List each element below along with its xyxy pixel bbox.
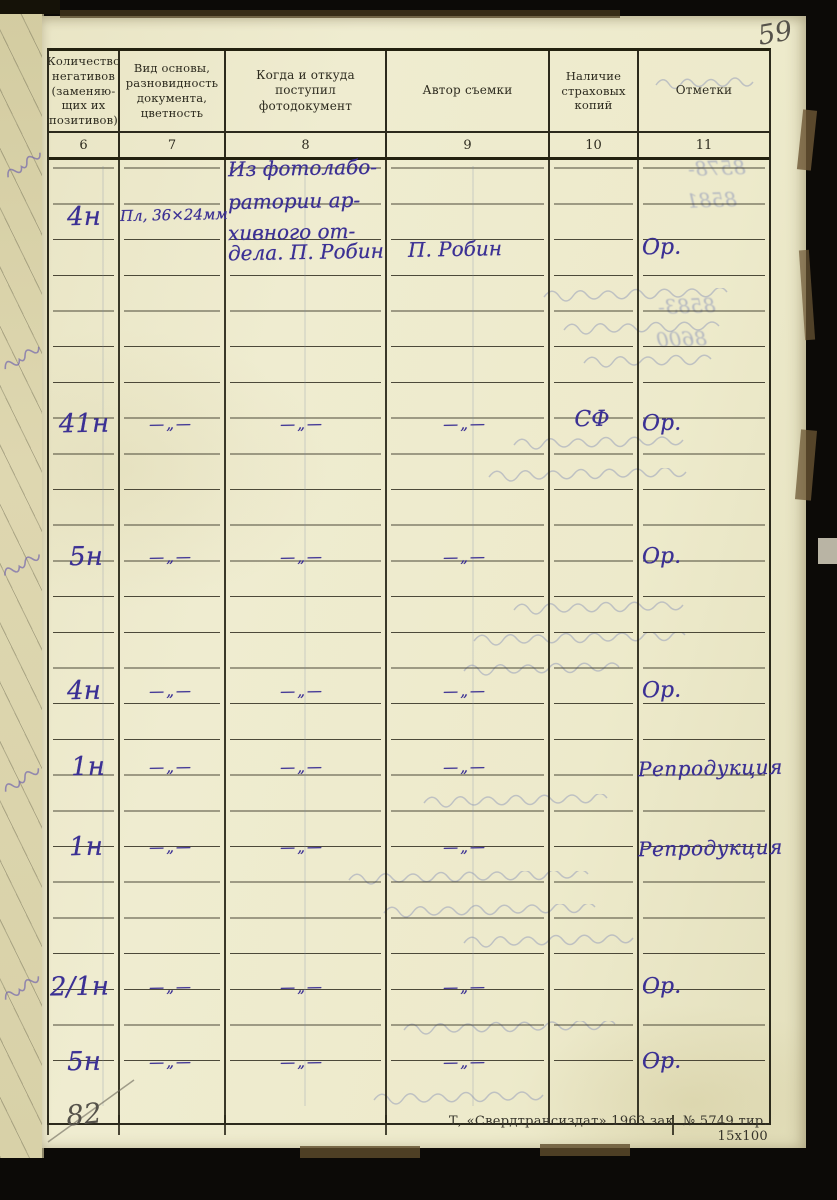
entry-source-line: ратории ар- bbox=[228, 188, 361, 214]
entry-negatives-count: 2/1н bbox=[50, 972, 107, 1003]
header-base-type: Вид основы, разновидность документа, цве… bbox=[120, 51, 226, 131]
table-line-stub bbox=[385, 1115, 387, 1135]
ditto-mark: —„— bbox=[242, 977, 362, 997]
ditto-mark: —„— bbox=[242, 837, 362, 857]
entry-negatives-count: 5н bbox=[56, 1047, 113, 1078]
ditto-mark: —„— bbox=[410, 547, 520, 567]
ditto-mark: —„— bbox=[128, 1052, 214, 1071]
bleed-through-rule bbox=[102, 166, 104, 1106]
entry-negatives-count: 1н bbox=[60, 752, 117, 783]
entry-notes: Ор. bbox=[642, 974, 682, 1000]
entry-negatives-count: 4н bbox=[56, 676, 113, 707]
page-number: 59 bbox=[756, 15, 795, 51]
book-edge-highlight bbox=[818, 538, 837, 564]
entry-negatives-count: 5н bbox=[58, 542, 115, 573]
bleed-through-rule bbox=[472, 166, 474, 1106]
header-negatives-count: Количество негативов (заменяю- щих их по… bbox=[49, 51, 120, 131]
entry-author: П. Робин bbox=[408, 236, 502, 262]
ditto-mark: —„— bbox=[410, 1052, 520, 1072]
ditto-mark: —„— bbox=[242, 414, 362, 434]
entry-notes: Ор. bbox=[642, 411, 682, 437]
ditto-mark: —„— bbox=[128, 547, 214, 566]
ditto-mark: —„— bbox=[410, 414, 520, 434]
column-number: 8 bbox=[226, 133, 387, 157]
torn-paper-edge bbox=[540, 1144, 630, 1156]
column-number: 10 bbox=[550, 133, 639, 157]
column-number: 7 bbox=[120, 133, 226, 157]
torn-paper-edge bbox=[300, 1146, 420, 1158]
entry-source-line: дела. П. Робин bbox=[228, 239, 384, 266]
header-source: Когда и откуда поступил фотодокумент bbox=[226, 51, 387, 131]
printers-imprint: Т, «Свердтрансиздат» 1963 зак. № 5749 ти… bbox=[422, 1114, 768, 1144]
header-author: Автор съемки bbox=[387, 51, 550, 131]
ditto-mark: —„— bbox=[242, 547, 362, 567]
ditto-mark: —„— bbox=[128, 757, 214, 776]
table-line-stub bbox=[224, 1115, 226, 1135]
table-header-row: Количество негативов (заменяю- щих их по… bbox=[49, 51, 769, 133]
ditto-mark: —„— bbox=[128, 977, 214, 996]
sheet-number: 82 bbox=[64, 1096, 103, 1133]
entry-base-type: Пл, 36×24мм bbox=[120, 205, 228, 225]
column-number: 6 bbox=[49, 133, 120, 157]
entry-source-line: Из фотолабо- bbox=[228, 155, 377, 182]
header-insurance-copies: Наличие страховых копий bbox=[550, 51, 639, 131]
entry-negatives-count: 1н bbox=[58, 832, 115, 863]
table-column-numbers-row: 6 7 8 9 10 11 bbox=[49, 133, 769, 160]
column-number: 11 bbox=[639, 133, 769, 157]
ditto-mark: —„— bbox=[410, 837, 520, 857]
entry-notes: Ор. bbox=[642, 544, 682, 570]
torn-paper-edge bbox=[60, 10, 620, 18]
entry-notes: Репродукция bbox=[638, 755, 783, 782]
book-spine-shadow bbox=[0, 0, 60, 14]
ditto-mark: —„— bbox=[242, 681, 362, 701]
entry-notes: Репродукция bbox=[638, 835, 783, 862]
entry-insurance-copies: СФ bbox=[552, 406, 632, 432]
ditto-mark: —„— bbox=[128, 681, 214, 700]
entry-notes: Ор. bbox=[642, 678, 682, 704]
entry-notes: Ор. bbox=[642, 1049, 682, 1075]
ditto-mark: —„— bbox=[128, 837, 214, 856]
ditto-mark: —„— bbox=[128, 414, 214, 433]
ditto-mark: —„— bbox=[242, 757, 362, 777]
ditto-mark: —„— bbox=[410, 757, 520, 777]
column-number: 9 bbox=[387, 133, 550, 157]
entry-notes: Ор. bbox=[642, 235, 682, 261]
register-page: 59 8578- 8581 8583- 8600 Количество нега… bbox=[42, 16, 806, 1148]
header-notes: Отметки bbox=[639, 51, 769, 131]
entry-negatives-count: 41н bbox=[56, 409, 113, 440]
ditto-mark: —„— bbox=[242, 1052, 362, 1072]
entry-negatives-count: 4н bbox=[56, 202, 113, 233]
bleed-through-rule bbox=[304, 166, 306, 1106]
ditto-mark: —„— bbox=[410, 977, 520, 997]
ditto-mark: —„— bbox=[410, 681, 520, 701]
